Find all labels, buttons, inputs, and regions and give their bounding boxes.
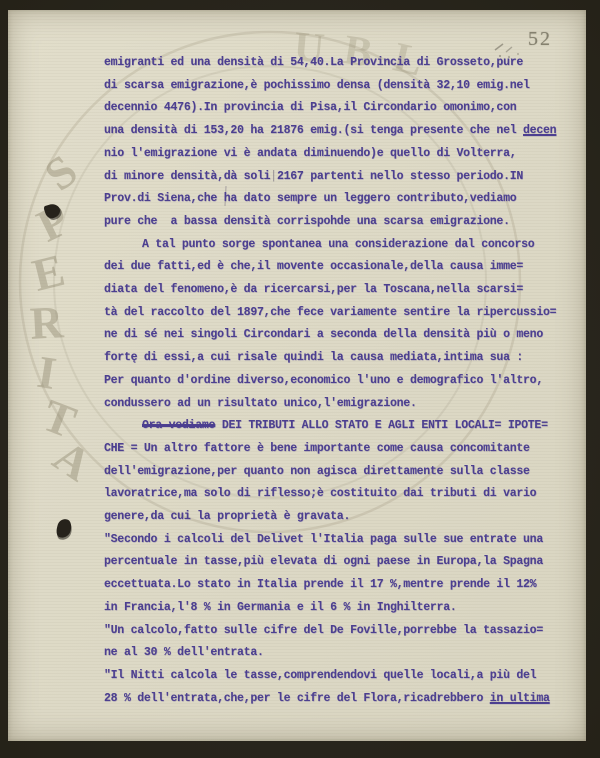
typewritten-text: emigranti ed una densità di 54,40.La Pro… <box>8 10 586 741</box>
document-page: SPERITAUBL 52 emigranti ed una densità d… <box>8 10 586 741</box>
text-line: ne di sé nei singoli Circondari a second… <box>104 328 543 341</box>
text-segment: DEI TRIBUTI ALLO STATO E AGLI ENTI LOCAL… <box>215 419 548 432</box>
text-line: CHE = Un altro fattore è bene importante… <box>104 442 530 455</box>
text-line: condussero ad un risultato unico,l'emigr… <box>104 397 417 410</box>
text-line: Ora vediamo DEI TRIBUTI ALLO STATO E AGL… <box>142 419 548 432</box>
text-line: di minore densità,dà soli|2167 partenti … <box>104 170 523 183</box>
text-segment: ne di sé nei singoli Circondari a second… <box>104 328 543 341</box>
text-segment: diata del fenomeno,è da ricercarsi,per l… <box>104 283 523 296</box>
text-segment: lavoratrice,ma solo di riflesso;è costit… <box>104 487 536 500</box>
text-line: "Il Nitti calcola le tasse,comprendendov… <box>104 669 536 682</box>
text-segment: in Francia,l'8 % in Germania e il 6 % in… <box>104 601 457 614</box>
text-line: decennio 4476).In provincia di Pisa,il C… <box>104 101 516 114</box>
text-line: genere,da cui la proprietà è gravata. <box>104 510 350 523</box>
text-line: pure che a bassa densità corrispohde una… <box>104 215 510 228</box>
text-line: tà del raccolto del 1897,che fece variam… <box>104 306 556 319</box>
text-segment: di scarsa emigrazione,è pochissimo densa… <box>104 79 530 92</box>
text-line: dei due fatti,ed è che,il movente occasi… <box>104 260 523 273</box>
text-segment: emigranti ed una densità di 54,40.La Pro… <box>104 56 523 69</box>
text-segment: genere,da cui la proprietà è gravata. <box>104 510 350 523</box>
text-segment: tà del raccolto del 1897,che fece variam… <box>104 306 556 319</box>
text-segment: eccettuata.Lo stato in Italia prende il … <box>104 578 536 591</box>
text-segment: decennio 4476).In provincia di Pisa,il C… <box>104 101 516 114</box>
text-segment: CHE = Un altro fattore è bene importante… <box>104 442 530 455</box>
text-line: una densità di 153,20 ha 21876 emig.(si … <box>104 124 556 137</box>
text-line: ne al 30 % dell'entrata. <box>104 646 264 659</box>
text-line: lavoratrice,ma solo di riflesso;è costit… <box>104 487 536 500</box>
text-line: dell'emigrazione,per quanto non agisca d… <box>104 465 530 478</box>
text-line: "Secondo i calcoli del Delivet l'Italia … <box>104 533 543 546</box>
text-line: eccettuata.Lo stato in Italia prende il … <box>104 578 536 591</box>
text-segment: "Un calcolo,fatto sulle cifre del De Fov… <box>104 624 543 637</box>
text-segment: Prov.di Siena,che ha dato sempre un legg… <box>104 192 516 205</box>
struck-out-text: Ora vediamo <box>142 419 215 432</box>
pencil-stroke: | <box>270 170 277 183</box>
text-segment: ne al 30 % dell'entrata. <box>104 646 264 659</box>
text-segment: A tal punto sorge spontanea una consider… <box>142 238 534 251</box>
text-segment: condussero ad un risultato unico,l'emigr… <box>104 397 417 410</box>
text-segment: Per quanto d'ordine diverso,economico l'… <box>104 374 543 387</box>
text-line: diata del fenomeno,è da ricercarsi,per l… <box>104 283 523 296</box>
text-line: Prov.di Siena,che ha dato sempre un legg… <box>104 192 516 205</box>
text-segment: 2167 partenti nello stesso periodo.IN <box>277 170 523 183</box>
text-segment: 28 % dell'entrata,che,per le cifre del F… <box>104 692 490 705</box>
text-segment: percentuale in tasse,più elevata di ogni… <box>104 555 543 568</box>
text-segment: fortę di essi,a cui risale quindi la cau… <box>104 351 523 364</box>
text-segment: dei due fatti,ed è che,il movente occasi… <box>104 260 523 273</box>
underlined-text: in ultima <box>490 692 550 705</box>
text-segment: pure che a bassa densità corrispohde una… <box>104 215 510 228</box>
text-segment: di minore densità,dà soli <box>104 170 270 183</box>
text-line: Per quanto d'ordine diverso,economico l'… <box>104 374 543 387</box>
text-segment: "Il Nitti calcola le tasse,comprendendov… <box>104 669 536 682</box>
text-line: nio l'emigrazione vi è andata diminuendo… <box>104 147 516 160</box>
text-line: di scarsa emigrazione,è pochissimo densa… <box>104 79 530 92</box>
text-line: "Un calcolo,fatto sulle cifre del De Fov… <box>104 624 543 637</box>
photograph-background: SPERITAUBL 52 emigranti ed una densità d… <box>0 0 600 758</box>
text-line: 28 % dell'entrata,che,per le cifre del F… <box>104 692 550 705</box>
text-line: emigranti ed una densità di 54,40.La Pro… <box>104 56 523 69</box>
text-line: A tal punto sorge spontanea una consider… <box>142 238 534 251</box>
text-segment: dell'emigrazione,per quanto non agisca d… <box>104 465 530 478</box>
text-segment: nio l'emigrazione vi è andata diminuendo… <box>104 147 516 160</box>
text-segment: "Secondo i calcoli del Delivet l'Italia … <box>104 533 543 546</box>
text-segment: una densità di 153,20 ha 21876 emig.(si … <box>104 124 523 137</box>
text-line: fortę di essi,a cui risale quindi la cau… <box>104 351 523 364</box>
underlined-text: decen <box>523 124 556 137</box>
text-line: percentuale in tasse,più elevata di ogni… <box>104 555 543 568</box>
text-line: in Francia,l'8 % in Germania e il 6 % in… <box>104 601 457 614</box>
